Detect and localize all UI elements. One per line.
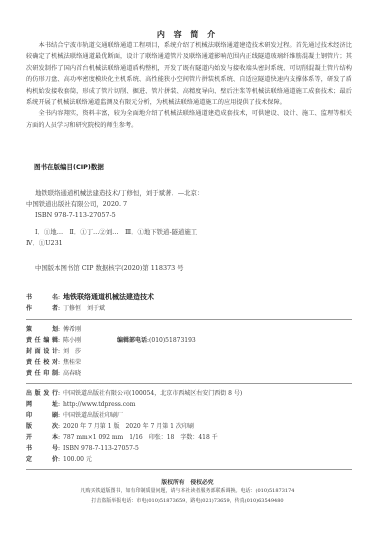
proofreader-row: 责任校对:焦桂荣 <box>26 359 81 367</box>
label: 策 划 <box>26 326 58 334</box>
edition-row: 版 次:2020 年 7 月第 1 版 2020 年 7 月第 1 次印刷 <box>26 423 194 431</box>
cip-line-2: 中国铁道出版社有限公司，2020. 7 <box>26 199 356 210</box>
cip-record: 地铁联络通道机械法建造技术/丁修恒，刘于斌著．—北京： 中国铁道出版社有限公司，… <box>26 188 356 220</box>
content-intro-title: 内 容 简 介 <box>0 29 375 40</box>
cover-row: 封面设计:刘 莎 <box>26 348 81 356</box>
cip-classification-1: Ⅰ．①地… Ⅱ．①丁…②刘… Ⅲ．①地下铁道-隧道施工 <box>26 227 356 238</box>
divider <box>26 319 352 320</box>
book-title: 地铁联络通道机械法建造技术 <box>63 293 154 301</box>
book-title-row: 书 名:地铁联络通道机械法建造技术 <box>26 293 154 302</box>
intro-paragraph: 全书内容翔实，资料丰富，较为全面地介绍了机械法联络通道建造成套技术，可供建设、设… <box>26 108 352 131</box>
proof-value: 焦桂荣 <box>63 359 81 366</box>
cover-value: 刘 莎 <box>63 348 81 355</box>
label: 封面设计 <box>26 348 58 356</box>
label: 编辑部电话 <box>117 337 147 344</box>
label: 印 刷 <box>26 412 58 420</box>
rights-notice: 版权所有 侵权必究 <box>0 477 375 486</box>
edition-value: 2020 年 7 月第 1 版 2020 年 7 月第 1 次印刷 <box>63 423 194 430</box>
cip-isbn: ISBN 978-7-113-27057-5 <box>26 210 356 221</box>
label: 书 名 <box>26 294 58 302</box>
service-notice: 凡购买铁道版图书，如有印制质量问题，请与本社读者服务部联系调换。电话：(010)… <box>0 487 375 494</box>
cip-line-1: 地铁联络通道机械法建造技术/丁修恒，刘于斌著．—北京： <box>26 188 356 199</box>
print-supervisor-row: 责任印制:高春晓 <box>26 370 81 378</box>
publisher-row: 出版发行:中国铁道出版社有限公司(100054，北京市西城区右安门西街 8 号) <box>26 390 242 398</box>
format-value: 787 mm×1 092 mm 1/16 印张：18 字数：418 千 <box>63 434 218 441</box>
label: 责任校对 <box>26 359 58 367</box>
label: 责任印制 <box>26 370 58 378</box>
editor-value: 陈小刚 <box>63 337 117 345</box>
author-row: 作 者:丁修恒 刘于斌 <box>26 305 105 313</box>
planner-row: 策 划:傅希刚 <box>26 326 81 334</box>
divider <box>26 469 352 470</box>
author-value: 丁修恒 刘于斌 <box>63 305 105 312</box>
printer-value: 中国铁道出版社印刷厂 <box>63 412 123 419</box>
book-number-value: ISBN 978-7-113-27057-5 <box>63 445 139 452</box>
cip-verification: 中国版本图书馆 CIP 数据核字(2020)第 118373 号 <box>26 263 356 274</box>
label: 网 址 <box>26 401 58 409</box>
cip-verification-text: 中国版本图书馆 CIP 数据核字(2020)第 118373 号 <box>26 263 356 274</box>
printer-row: 印 刷:中国铁道出版社印刷厂 <box>26 412 123 420</box>
divider <box>26 383 352 384</box>
label: 书 号 <box>26 445 58 453</box>
website-link[interactable]: http://www.tdpress.com <box>63 401 135 408</box>
intro-paragraph: 本书结合宁波市轨道交通联络通道工程项目，系统介绍了机械法联络通道建造技术研发过程… <box>26 40 352 108</box>
cip-classification: Ⅰ．①地… Ⅱ．①丁…②刘… Ⅲ．①地下铁道-隧道施工 Ⅳ．①U231 <box>26 227 356 249</box>
content-intro: 本书结合宁波市轨道交通联络通道工程项目，系统介绍了机械法联络通道建造技术研发过程… <box>26 40 352 131</box>
editorial-phone: (010)51873193 <box>149 337 196 344</box>
planner-value: 傅希刚 <box>63 326 81 333</box>
label: 版 次 <box>26 423 58 431</box>
website-row: 网 址:http://www.tdpress.com <box>26 401 135 409</box>
label: 定 价 <box>26 456 58 464</box>
print-value: 高春晓 <box>63 370 81 377</box>
editor-row: 责任编辑:陈小刚编辑部电话:(010)51873193 <box>26 337 196 345</box>
anti-piracy-notice: 打击盗版举报电话：市电(010)51873659，路电(021)73659，传真… <box>0 497 375 504</box>
label: 开 本 <box>26 434 58 442</box>
label: 作 者 <box>26 305 58 313</box>
cip-classification-2: Ⅳ．①U231 <box>26 238 356 249</box>
cip-heading: 图书在版编目(CIP)数据 <box>34 162 104 171</box>
copyright-page: 内 容 简 介 本书结合宁波市轨道交通联络通道工程项目，系统介绍了机械法联络通道… <box>0 0 375 536</box>
price-row: 定 价:100.00 元 <box>26 456 92 464</box>
publisher-value: 中国铁道出版社有限公司(100054，北京市西城区右安门西街 8 号) <box>63 390 242 397</box>
label: 出版发行 <box>26 390 58 398</box>
label: 责任编辑 <box>26 337 58 345</box>
format-row: 开 本:787 mm×1 092 mm 1/16 印张：18 字数：418 千 <box>26 434 218 442</box>
price-value: 100.00 元 <box>63 456 92 463</box>
book-number-row: 书 号:ISBN 978-7-113-27057-5 <box>26 445 139 453</box>
